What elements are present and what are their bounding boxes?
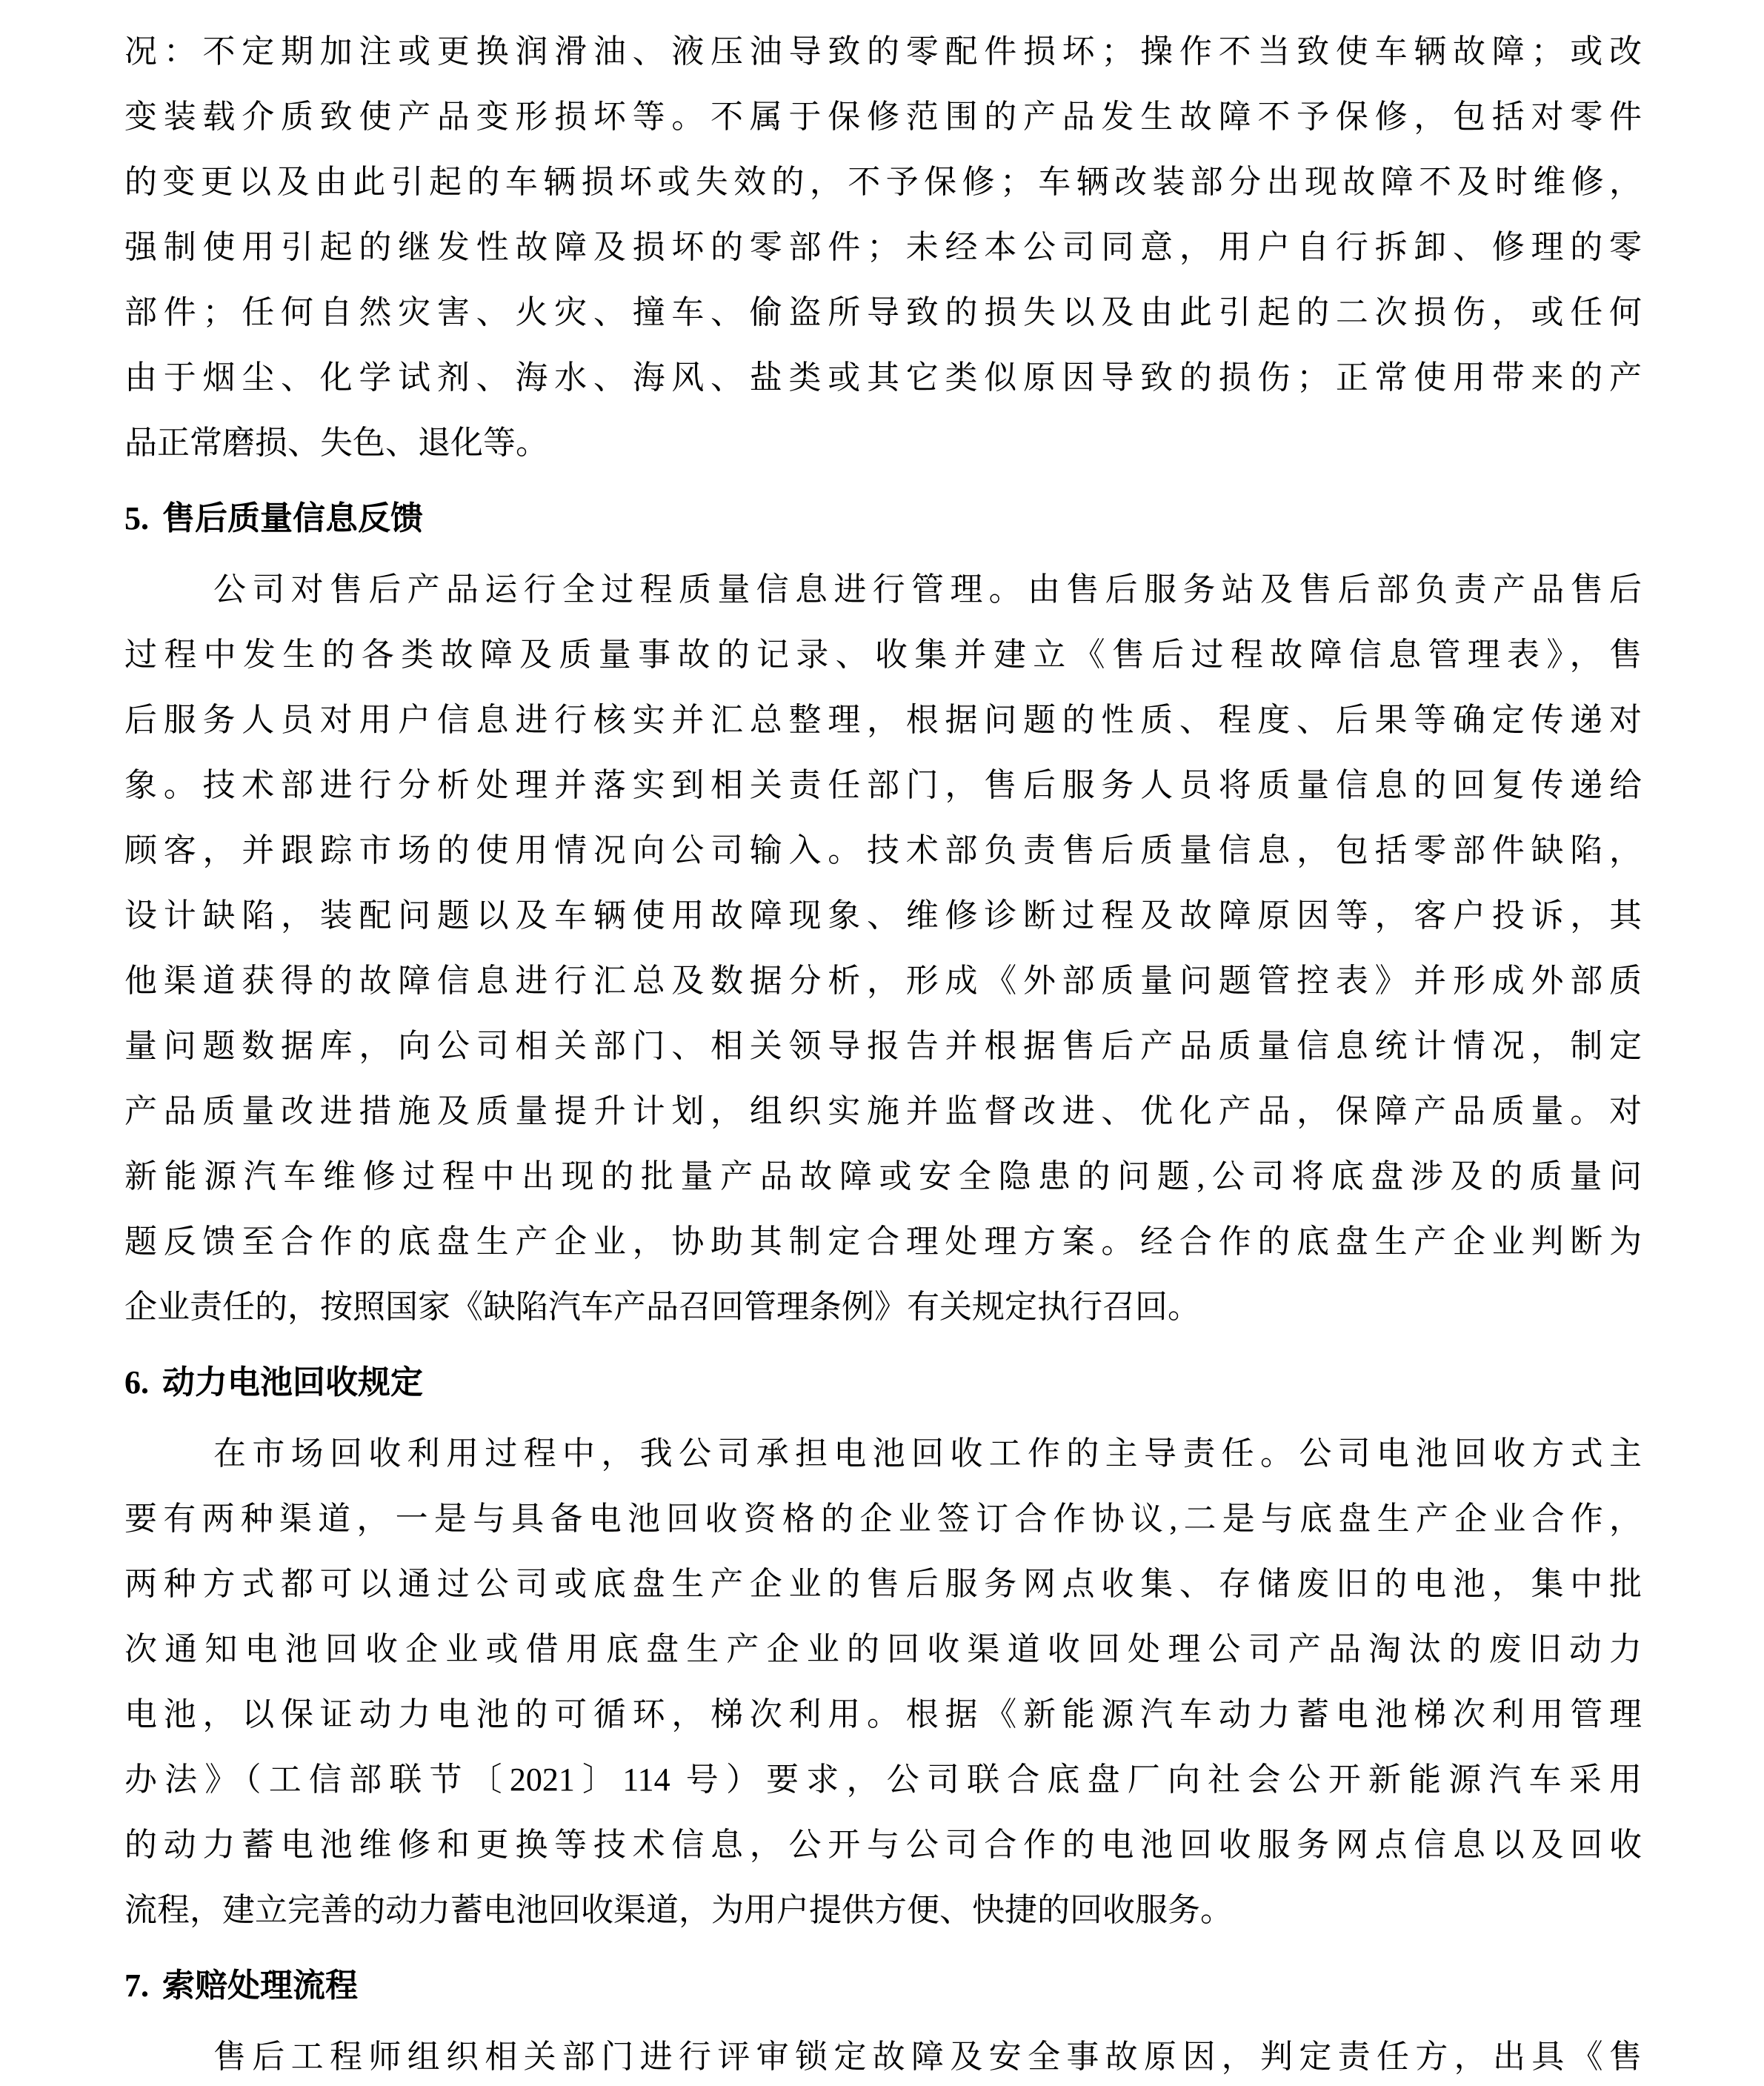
text-line: 企业责任的，按照国家《缺陷汽车产品召回管理条例》有关规定执行召回。 bbox=[124, 1275, 1642, 1340]
text-line: 过程中发生的各类故障及质量事故的记录、收集并建立《售后过程故障信息管理表》，售 bbox=[124, 622, 1642, 688]
text-line: 公司对售后产品运行全过程质量信息进行管理。由售后服务站及售后部负责产品售后 bbox=[124, 557, 1642, 622]
text-line: 他渠道获得的故障信息进行汇总及数据分析，形成《外部质量问题管控表》并形成外部质 bbox=[124, 949, 1642, 1014]
text-line: 的动力蓄电池维修和更换等技术信息，公开与公司合作的电池回收服务网点信息以及回收 bbox=[124, 1813, 1642, 1878]
paragraph: 公司对售后产品运行全过程质量信息进行管理。由售后服务站及售后部负责产品售后过程中… bbox=[124, 557, 1642, 1340]
text-line: 次通知电池回收企业或借用底盘生产企业的回收渠道收回处理公司产品淘汰的废旧动力 bbox=[124, 1617, 1642, 1682]
text-line: 顾客，并跟踪市场的使用情况向公司输入。技术部负责售后质量信息，包括零部件缺陷， bbox=[124, 818, 1642, 883]
text-line: 两种方式都可以通过公司或底盘生产企业的售后服务网点收集、存储废旧的电池，集中批 bbox=[124, 1552, 1642, 1617]
text-line: 的变更以及由此引起的车辆损坏或失效的，不予保修；车辆改装部分出现故障不及时维修， bbox=[124, 150, 1642, 215]
heading-label: 索赔处理流程 bbox=[162, 1967, 358, 2004]
text-line: 变装载介质致使产品变形损坏等。不属于保修范围的产品发生故障不予保修，包括对零件 bbox=[124, 84, 1642, 150]
text-line: 售后工程师组织相关部门进行评审锁定故障及安全事故原因，判定责任方，出具《售 bbox=[124, 2024, 1642, 2086]
document-page: 况：不定期加注或更换润滑油、液压油导致的零配件损坏；操作不当致使车辆故障；或改变… bbox=[0, 0, 1764, 2086]
heading-number: 5. bbox=[124, 486, 149, 551]
text-line: 由于烟尘、化学试剂、海水、海风、盐类或其它类似原因导致的损伤；正常使用带来的产 bbox=[124, 345, 1642, 411]
text-line: 强制使用引起的继发性故障及损坏的零部件；未经本公司同意，用户自行拆卸、修理的零 bbox=[124, 215, 1642, 280]
text-line: 产品质量改进措施及质量提升计划，组织实施并监督改进、优化产品，保障产品质量。对 bbox=[124, 1079, 1642, 1144]
text-line: 流程，建立完善的动力蓄电池回收渠道，为用户提供方便、快捷的回收服务。 bbox=[124, 1878, 1642, 1943]
text-line: 设计缺陷，装配问题以及车辆使用故障现象、维修诊断过程及故障原因等，客户投诉，其 bbox=[124, 883, 1642, 949]
section-heading: 6.动力电池回收规定 bbox=[124, 1350, 1642, 1415]
paragraph: 售后工程师组织相关部门进行评审锁定故障及安全事故原因，判定责任方，出具《售 bbox=[124, 2024, 1642, 2086]
text-line: 部件；任何自然灾害、火灾、撞车、偷盗所导致的损失以及由此引起的二次损伤，或任何 bbox=[124, 280, 1642, 345]
text-line: 况：不定期加注或更换润滑油、液压油导致的零配件损坏；操作不当致使车辆故障；或改 bbox=[124, 19, 1642, 84]
text-line: 要有两种渠道，一是与具备电池回收资格的企业签订合作协议,二是与底盘生产企业合作， bbox=[124, 1487, 1642, 1552]
text-line: 象。技术部进行分析处理并落实到相关责任部门，售后服务人员将质量信息的回复传递给 bbox=[124, 753, 1642, 818]
heading-number: 7. bbox=[124, 1953, 149, 2019]
heading-number: 6. bbox=[124, 1350, 149, 1415]
text-line: 题反馈至合作的底盘生产企业，协助其制定合理处理方案。经合作的底盘生产企业判断为 bbox=[124, 1209, 1642, 1275]
text-line: 品正常磨损、失色、退化等。 bbox=[124, 411, 1642, 476]
text-line: 后服务人员对用户信息进行核实并汇总整理，根据问题的性质、程度、后果等确定传递对 bbox=[124, 688, 1642, 753]
paragraph: 在市场回收利用过程中，我公司承担电池回收工作的主导责任。公司电池回收方式主要有两… bbox=[124, 1421, 1642, 1943]
document-content: 况：不定期加注或更换润滑油、液压油导致的零配件损坏；操作不当致使车辆故障；或改变… bbox=[124, 19, 1642, 2086]
heading-label: 动力电池回收规定 bbox=[162, 1364, 423, 1401]
text-line: 办法》（工信部联节〔2021〕114 号）要求，公司联合底盘厂向社会公开新能源汽… bbox=[124, 1747, 1642, 1813]
text-line: 量问题数据库，向公司相关部门、相关领导报告并根据售后产品质量信息统计情况，制定 bbox=[124, 1014, 1642, 1079]
section-heading: 5.售后质量信息反馈 bbox=[124, 486, 1642, 551]
paragraph: 况：不定期加注或更换润滑油、液压油导致的零配件损坏；操作不当致使车辆故障；或改变… bbox=[124, 19, 1642, 476]
text-line: 新能源汽车维修过程中出现的批量产品故障或安全隐患的问题,公司将底盘涉及的质量问 bbox=[124, 1144, 1642, 1209]
heading-label: 售后质量信息反馈 bbox=[162, 500, 423, 537]
text-line: 在市场回收利用过程中，我公司承担电池回收工作的主导责任。公司电池回收方式主 bbox=[124, 1421, 1642, 1487]
section-heading: 7.索赔处理流程 bbox=[124, 1953, 1642, 2019]
text-line: 电池，以保证动力电池的可循环，梯次利用。根据《新能源汽车动力蓄电池梯次利用管理 bbox=[124, 1682, 1642, 1747]
